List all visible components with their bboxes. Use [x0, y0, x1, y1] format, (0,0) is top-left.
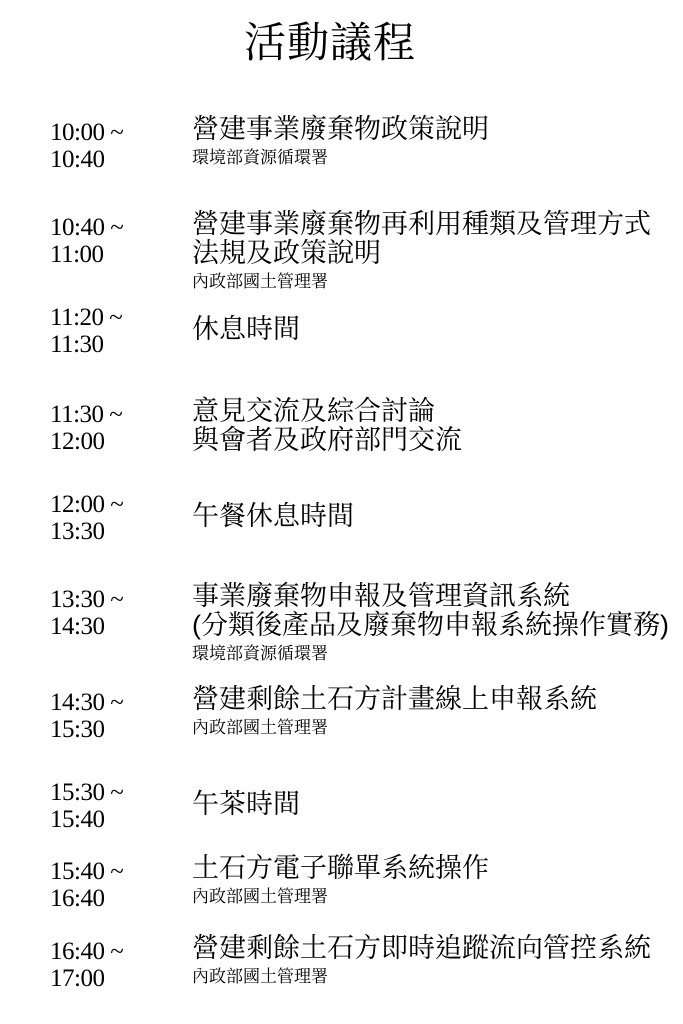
- session-title: 午餐休息時間: [192, 502, 677, 531]
- session-title: 午茶時間: [192, 790, 677, 819]
- session-title: 事業廢棄物申報及管理資訊系統: [192, 582, 677, 611]
- time-start: 13:30 ~: [50, 586, 192, 613]
- time-end: 12:00: [50, 428, 192, 455]
- session-title: 營建剩餘土石方計畫線上申報系統: [192, 685, 677, 714]
- session-content: 營建事業廢棄物再利用種類及管理方式 法規及政策說明 內政部國土管理署: [192, 210, 677, 292]
- time-start: 12:00 ~: [50, 491, 192, 518]
- session-title: 法規及政策說明: [192, 239, 677, 268]
- session-title: 土石方電子聯單系統操作: [192, 854, 677, 883]
- session-title: 營建事業廢棄物政策說明: [192, 115, 677, 144]
- time-end: 17:00: [50, 965, 192, 992]
- session-title: 休息時間: [192, 315, 677, 344]
- time-start: 16:40 ~: [50, 938, 192, 965]
- time-start: 11:30 ~: [50, 401, 192, 428]
- time-end: 11:30: [50, 331, 192, 358]
- session-presenter: 環境部資源循環署: [192, 644, 677, 664]
- session-time: 15:30 ~ 15:40: [50, 775, 192, 833]
- time-end: 13:30: [50, 518, 192, 545]
- time-start: 10:40 ~: [50, 214, 192, 241]
- session-content: 營建剩餘土石方計畫線上申報系統 內政部國土管理署: [192, 685, 677, 738]
- session-time: 10:40 ~ 11:00: [50, 210, 192, 268]
- session-title: (分類後產品及廢棄物申報系統操作實務): [192, 611, 677, 640]
- session-time: 11:20 ~ 11:30: [50, 300, 192, 358]
- session-presenter: 環境部資源循環署: [192, 148, 677, 168]
- agenda-page: 活動議程 10:00 ~ 10:40 營建事業廢棄物政策說明 環境部資源循環署 …: [0, 0, 683, 1024]
- time-end: 14:30: [50, 613, 192, 640]
- session-title: 營建剩餘土石方即時追蹤流向管控系統: [192, 934, 677, 963]
- session-time: 14:30 ~ 15:30: [50, 685, 192, 743]
- session-time: 15:40 ~ 16:40: [50, 854, 192, 912]
- session-time: 11:30 ~ 12:00: [50, 397, 192, 455]
- session-presenter: 內政部國土管理署: [192, 887, 677, 907]
- agenda-row: 16:40 ~ 17:00 營建剩餘土石方即時追蹤流向管控系統 內政部國土管理署: [50, 934, 677, 992]
- agenda-row: 10:40 ~ 11:00 營建事業廢棄物再利用種類及管理方式 法規及政策說明 …: [50, 210, 677, 292]
- session-content: 營建剩餘土石方即時追蹤流向管控系統 內政部國土管理署: [192, 934, 677, 987]
- session-content: 午餐休息時間: [192, 502, 677, 531]
- agenda-row: 11:20 ~ 11:30 休息時間: [50, 300, 677, 358]
- time-end: 10:40: [50, 146, 192, 173]
- session-time: 16:40 ~ 17:00: [50, 934, 192, 992]
- session-presenter: 內政部國土管理署: [192, 718, 677, 738]
- time-end: 15:40: [50, 806, 192, 833]
- agenda-row: 14:30 ~ 15:30 營建剩餘土石方計畫線上申報系統 內政部國土管理署: [50, 685, 677, 743]
- session-content: 意見交流及綜合討論 與會者及政府部門交流: [192, 397, 677, 455]
- session-content: 午茶時間: [192, 790, 677, 819]
- time-start: 14:30 ~: [50, 689, 192, 716]
- agenda-row: 13:30 ~ 14:30 事業廢棄物申報及管理資訊系統 (分類後產品及廢棄物申…: [50, 582, 677, 664]
- page-title: 活動議程: [0, 20, 660, 66]
- session-time: 12:00 ~ 13:30: [50, 487, 192, 545]
- time-end: 11:00: [50, 241, 192, 268]
- time-start: 10:00 ~: [50, 119, 192, 146]
- session-content: 營建事業廢棄物政策說明 環境部資源循環署: [192, 115, 677, 168]
- session-content: 事業廢棄物申報及管理資訊系統 (分類後產品及廢棄物申報系統操作實務) 環境部資源…: [192, 582, 677, 664]
- session-time: 10:00 ~ 10:40: [50, 115, 192, 173]
- session-content: 土石方電子聯單系統操作 內政部國土管理署: [192, 854, 677, 907]
- agenda-row: 12:00 ~ 13:30 午餐休息時間: [50, 487, 677, 545]
- time-start: 15:40 ~: [50, 858, 192, 885]
- time-end: 15:30: [50, 716, 192, 743]
- session-presenter: 內政部國土管理署: [192, 272, 677, 292]
- session-title: 營建事業廢棄物再利用種類及管理方式: [192, 210, 677, 239]
- session-content: 休息時間: [192, 315, 677, 344]
- agenda-row: 11:30 ~ 12:00 意見交流及綜合討論 與會者及政府部門交流: [50, 397, 677, 455]
- agenda-row: 15:30 ~ 15:40 午茶時間: [50, 775, 677, 833]
- session-presenter: 內政部國土管理署: [192, 967, 677, 987]
- time-end: 16:40: [50, 885, 192, 912]
- session-title: 與會者及政府部門交流: [192, 426, 677, 455]
- time-start: 11:20 ~: [50, 304, 192, 331]
- session-time: 13:30 ~ 14:30: [50, 582, 192, 640]
- agenda-row: 10:00 ~ 10:40 營建事業廢棄物政策說明 環境部資源循環署: [50, 115, 677, 173]
- session-title: 意見交流及綜合討論: [192, 397, 677, 426]
- agenda-row: 15:40 ~ 16:40 土石方電子聯單系統操作 內政部國土管理署: [50, 854, 677, 912]
- time-start: 15:30 ~: [50, 779, 192, 806]
